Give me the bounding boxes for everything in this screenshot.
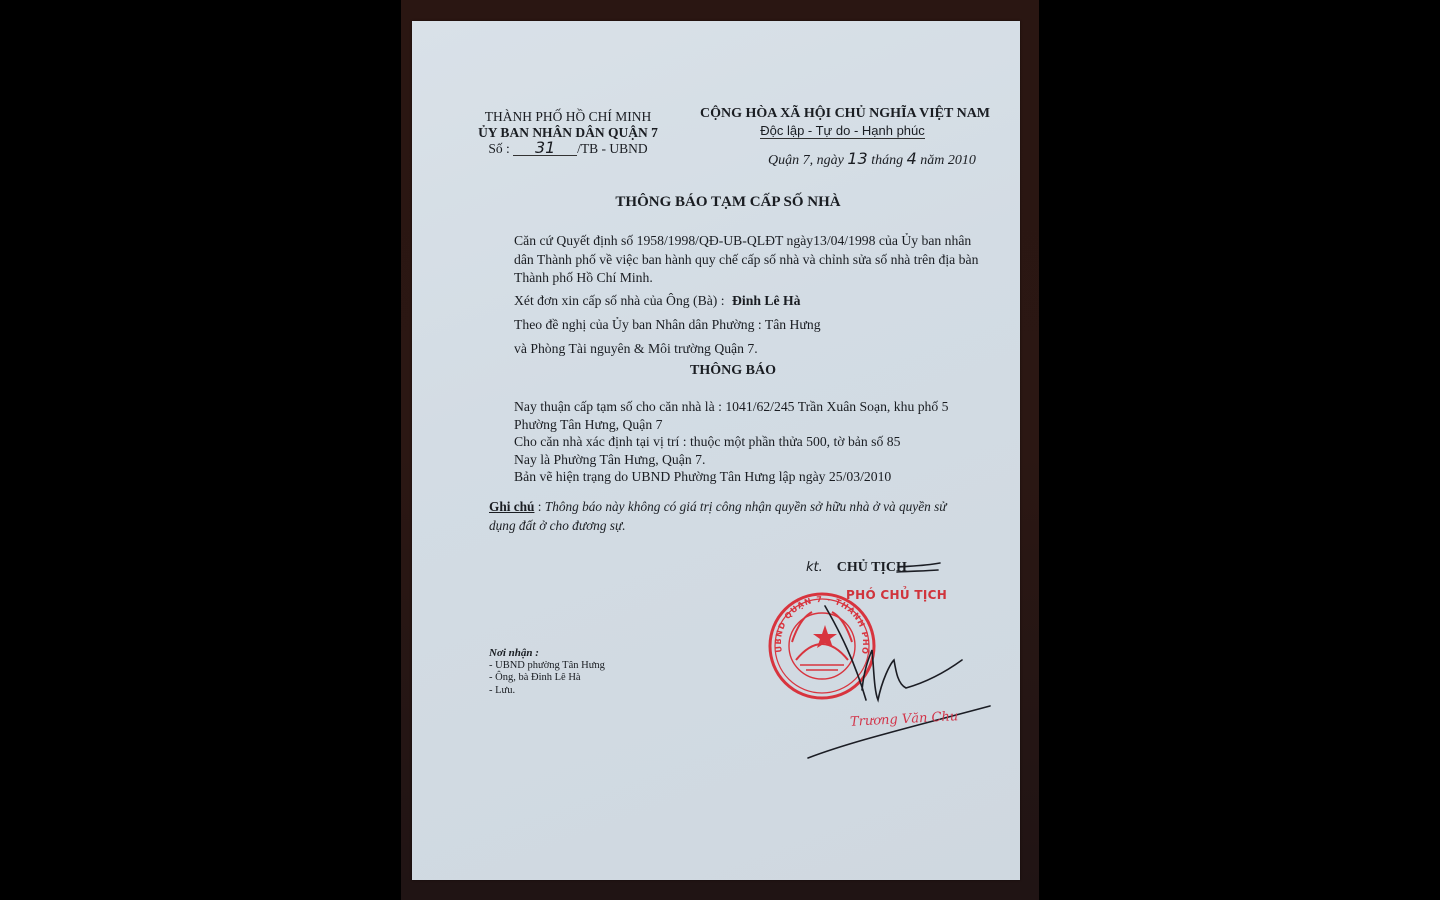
decision-line: Nay là Phường Tân Hưng, Quận 7. bbox=[514, 451, 949, 469]
legal-basis-line: dân Thành phố về việc ban hành quy chế c… bbox=[514, 251, 978, 270]
applicant-label: Xét đơn xin cấp số nhà của Ông (Bà) : bbox=[514, 293, 725, 308]
issuer-agency: ỦY BAN NHÂN DÂN QUẬN 7 bbox=[448, 125, 688, 141]
on-behalf-mark: kt. bbox=[806, 560, 823, 575]
signatory-position: CHỦ TỊCH bbox=[837, 560, 907, 575]
decision-line: Phường Tân Hưng, Quận 7 bbox=[514, 416, 949, 434]
number-value: 31 bbox=[513, 141, 577, 156]
date-month-label: tháng bbox=[868, 153, 907, 168]
document-title: THÔNG BÁO TẠM CẤP SỐ NHÀ bbox=[412, 194, 1044, 211]
date-prefix: Quận 7, ngày bbox=[768, 153, 847, 168]
date-year: năm 2010 bbox=[917, 153, 976, 168]
recipient-item: - UBND phường Tân Hưng bbox=[489, 660, 605, 673]
department-line: và Phòng Tài nguyên & Môi trường Quận 7. bbox=[514, 340, 758, 359]
issuer-header: THÀNH PHỐ HỒ CHÍ MINH ỦY BAN NHÂN DÂN QU… bbox=[448, 109, 688, 157]
note-block: Ghi chú : Thông báo này không có giá trị… bbox=[489, 497, 947, 535]
document-date: Quận 7, ngày 13 tháng 4 năm 2010 bbox=[768, 149, 976, 169]
note-separator: : bbox=[534, 499, 544, 514]
national-header: CỘNG HÒA XÃ HỘI CHỦ NGHĨA VIỆT NAM Độc l… bbox=[700, 105, 985, 140]
nation-title: CỘNG HÒA XÃ HỘI CHỦ NGHĨA VIỆT NAM bbox=[700, 105, 985, 122]
date-month: 4 bbox=[907, 149, 917, 168]
issuer-city: THÀNH PHỐ HỒ CHÍ MINH bbox=[448, 109, 688, 125]
note-label: Ghi chú bbox=[489, 499, 534, 514]
vice-chairman-stamp-title: PHÓ CHỦ TỊCH bbox=[846, 588, 947, 602]
legal-basis: Căn cứ Quyết định số 1958/1998/QĐ-UB-QLĐ… bbox=[514, 232, 978, 288]
proposal-line: Theo đề nghị của Ủy ban Nhân dân Phường … bbox=[514, 316, 821, 335]
decision-line: Cho căn nhà xác định tại vị trí : thuộc … bbox=[514, 433, 949, 451]
applicant-line: Xét đơn xin cấp số nhà của Ông (Bà) : Đi… bbox=[514, 292, 800, 311]
number-suffix: /TB - UBND bbox=[577, 141, 648, 156]
date-day: 13 bbox=[847, 149, 867, 168]
legal-basis-line: Căn cứ Quyết định số 1958/1998/QĐ-UB-QLĐ… bbox=[514, 232, 978, 251]
recipients-block: Nơi nhận : - UBND phường Tân Hưng - Ông,… bbox=[489, 647, 605, 698]
number-label: Số : bbox=[488, 141, 509, 156]
applicant-name: Đinh Lê Hà bbox=[732, 293, 800, 308]
note-text: Thông báo này không có giá trị công nhận… bbox=[545, 499, 947, 514]
signatory-title: kt.CHỦ TỊCH bbox=[806, 560, 907, 576]
recipient-item: - Ông, bà Đinh Lê Hà bbox=[489, 672, 605, 685]
decision-block: Nay thuận cấp tạm số cho căn nhà là : 10… bbox=[514, 398, 949, 486]
section-heading: THÔNG BÁO bbox=[690, 363, 776, 379]
national-motto: Độc lập - Tự do - Hạnh phúc bbox=[760, 123, 925, 139]
note-text: dụng đất ở cho đương sự. bbox=[489, 518, 626, 533]
decision-line: Bản vẽ hiện trạng do UBND Phường Tân Hưn… bbox=[514, 468, 949, 486]
recipient-item: - Lưu. bbox=[489, 685, 605, 698]
recipients-heading: Nơi nhận : bbox=[489, 647, 605, 660]
legal-basis-line: Thành phố Hồ Chí Minh. bbox=[514, 269, 978, 288]
document-number: Số : 31/TB - UBND bbox=[448, 141, 688, 157]
decision-line: Nay thuận cấp tạm số cho căn nhà là : 10… bbox=[514, 398, 949, 416]
